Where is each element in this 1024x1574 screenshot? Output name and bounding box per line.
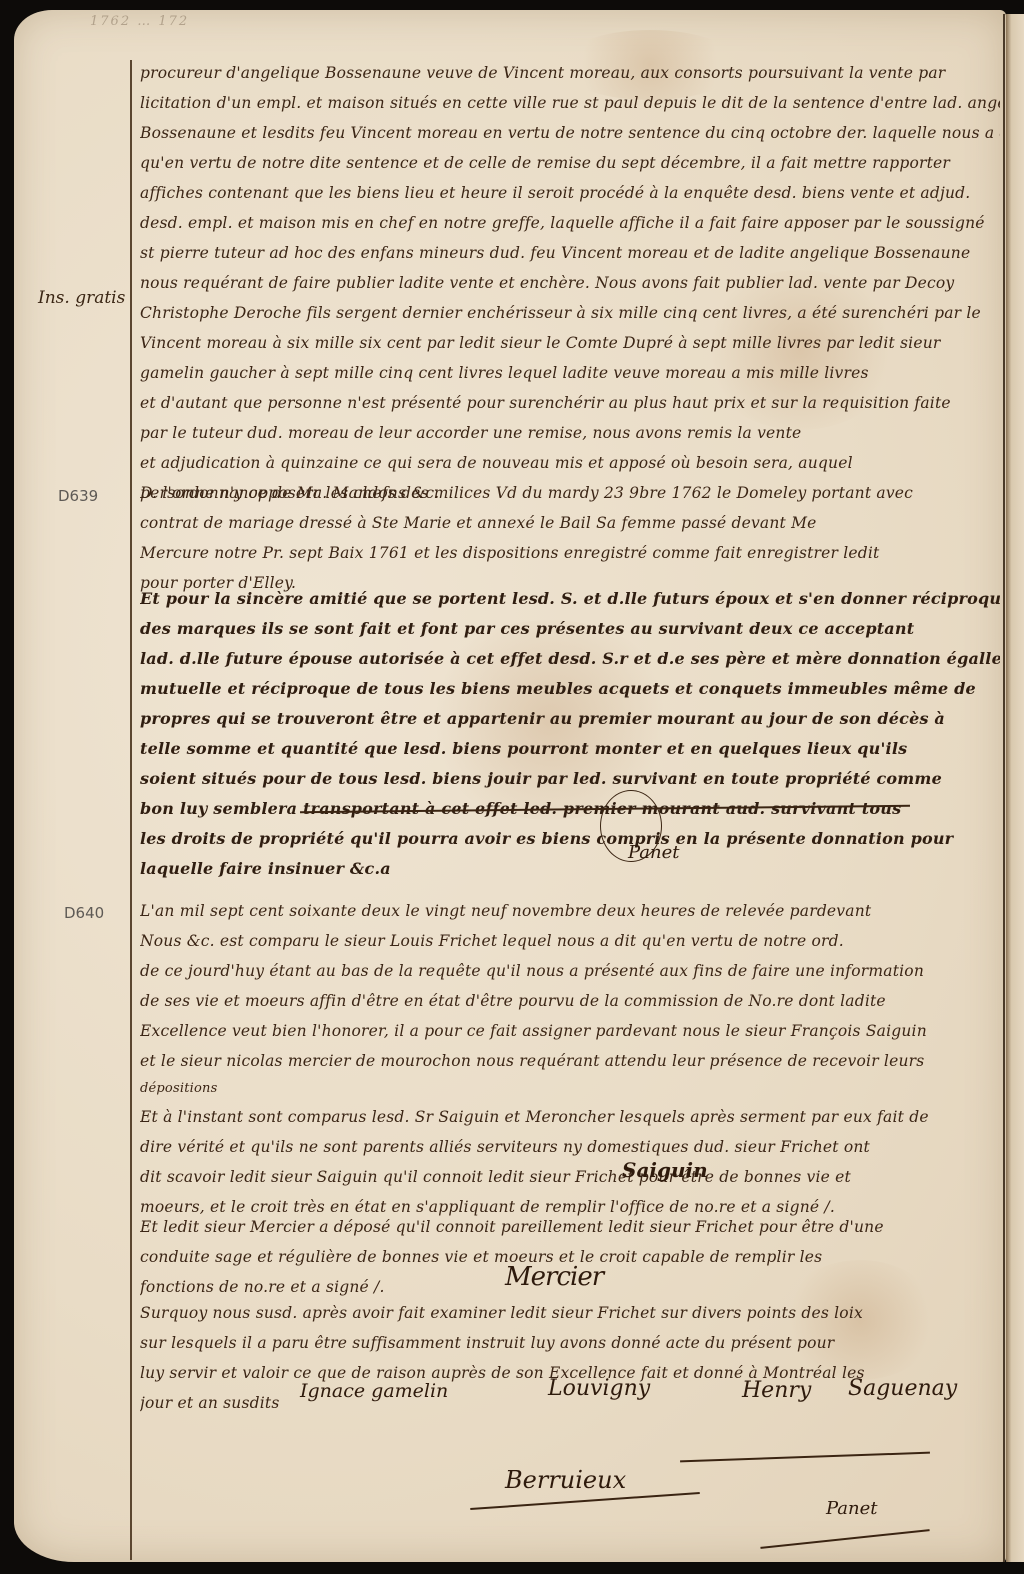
section-1-text: procureur d'angelique Bossenaune veuve d…: [140, 58, 1000, 508]
signature-louvigny: Louvigny: [548, 1376, 650, 1401]
text-line: Surquoy nous susd. après avoir fait exam…: [140, 1298, 1000, 1328]
text-line: procureur d'angelique Bossenaune veuve d…: [140, 58, 1000, 88]
text-line: laquelle faire insinuer &c.a: [140, 854, 460, 884]
text-line: dit scavoir ledit sieur Saiguin qu'il co…: [140, 1162, 1000, 1192]
text-line: sur lesquels il a paru être suffisamment…: [140, 1328, 1000, 1358]
section-2-text: D. l'ordonnance de Mr les chefs des mili…: [140, 478, 1000, 598]
signature-henry: Henry: [742, 1378, 811, 1403]
text-line: dire vérité et qu'ils ne sont parents al…: [140, 1132, 1000, 1162]
text-line: Mercure notre Pr. sept Baix 1761 et les …: [140, 538, 1000, 568]
text-line: D. l'ordonnance de Mr les chefs des mili…: [140, 478, 1000, 508]
text-line: Et ledit sieur Mercier a déposé qu'il co…: [140, 1212, 1000, 1242]
margin-note-d640: D640: [64, 904, 104, 922]
signature-saiguin: Saiguin: [622, 1158, 708, 1182]
faint-header-text: 1762 … 172: [90, 14, 189, 29]
text-line: soient situés pour de tous lesd. biens j…: [140, 764, 1000, 794]
text-line: contrat de mariage dressé à Ste Marie et…: [140, 508, 1000, 538]
text-line: de ses vie et moeurs affin d'être en éta…: [140, 986, 1000, 1016]
signature-panet: Panet: [628, 842, 680, 863]
signature-gamelin: Ignace gamelin: [300, 1380, 448, 1402]
text-line: Et à l'instant sont comparus lesd. Sr Sa…: [140, 1102, 1000, 1132]
text-line: L'an mil sept cent soixante deux le ving…: [140, 896, 1000, 926]
text-line: de ce jourd'huy étant au bas de la requê…: [140, 956, 1000, 986]
signature-saguenay: Saguenay: [848, 1376, 957, 1401]
text-line: des marques ils se sont fait et font par…: [140, 614, 1000, 644]
text-line: affiches contenant que les biens lieu et…: [140, 178, 1000, 208]
text-line: Et pour la sincère amitié que se portent…: [140, 584, 1000, 614]
text-line: Christophe Deroche fils sergent dernier …: [140, 298, 1000, 328]
signature-panet-2: Panet: [826, 1498, 878, 1519]
text-line: propres qui se trouveront être et appart…: [140, 704, 1000, 734]
signature-berruieux: Berruieux: [505, 1466, 626, 1494]
text-line: Bossenaune et lesdits feu Vincent moreau…: [140, 118, 1000, 148]
text-line: les droits de propriété qu'il pourra avo…: [140, 824, 1000, 854]
section-2-donation-text: Et pour la sincère amitié que se portent…: [140, 584, 1000, 884]
text-line: et adjudication à quinzaine ce qui sera …: [140, 448, 1000, 478]
binding-gutter: [1003, 14, 1005, 1562]
text-line: gamelin gaucher à sept mille cinq cent l…: [140, 358, 1000, 388]
text-line: qu'en vertu de notre dite sentence et de…: [140, 148, 1000, 178]
adjacent-page-edge: [1006, 14, 1024, 1562]
margin-rule-line: [130, 60, 132, 1560]
text-line: st pierre tuteur ad hoc des enfans mineu…: [140, 238, 1000, 268]
text-line: Excellence veut bien l'honorer, il a pou…: [140, 1016, 1000, 1046]
text-line: par le tuteur dud. moreau de leur accord…: [140, 418, 1000, 448]
margin-note-d639: D639: [58, 487, 98, 505]
text-line: Nous &c. est comparu le sieur Louis Fric…: [140, 926, 1000, 956]
text-line: et le sieur nicolas mercier de mourochon…: [140, 1046, 1000, 1076]
text-line: dépositions: [140, 1076, 1000, 1102]
text-line: telle somme et quantité que lesd. biens …: [140, 734, 1000, 764]
text-line: licitation d'un empl. et maison situés e…: [140, 88, 1000, 118]
text-line: Vincent moreau à six mille six cent par …: [140, 328, 1000, 358]
text-line: et d'autant que personne n'est présenté …: [140, 388, 1000, 418]
text-line: desd. empl. et maison mis en chef en not…: [140, 208, 1000, 238]
margin-note-insinue: Ins. gratis: [38, 288, 125, 308]
section-3-text: L'an mil sept cent soixante deux le ving…: [140, 896, 1000, 1222]
text-line: mutuelle et réciproque de tous les biens…: [140, 674, 1000, 704]
signature-mercier: Mercier: [505, 1262, 603, 1292]
text-line: lad. d.lle future épouse autorisée à cet…: [140, 644, 1000, 674]
text-line: nous requérant de faire publier ladite v…: [140, 268, 1000, 298]
